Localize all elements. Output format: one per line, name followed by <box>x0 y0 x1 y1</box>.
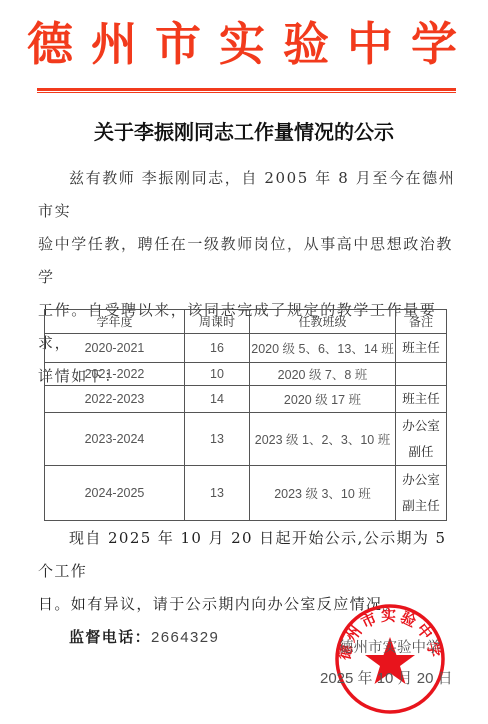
cell-note-line-2: 副任 <box>396 439 446 465</box>
official-seal: 德州市实验中学 <box>334 603 446 715</box>
cell-note: 班主任 <box>396 334 447 363</box>
body-line-1-text: 兹有教师 李振刚同志，自 2005 年 8 月至今在德州市实 <box>38 169 455 220</box>
table-row: 2023-2024 13 2023 级 1、2、3、10 班 办公室 副任 <box>45 413 447 466</box>
cell-classes: 2020 级 17 班 <box>250 386 396 413</box>
table-row: 2022-2023 14 2020 级 17 班 班主任 <box>45 386 447 413</box>
cell-note <box>396 363 447 386</box>
masthead-rule-thick <box>37 88 456 91</box>
cell-year: 2021-2022 <box>45 363 185 386</box>
header-year: 学年度 <box>45 310 185 334</box>
notice-line-1: 现自 2025 年 10 月 20 日起开始公示,公示期为 5 个工作 <box>38 522 458 588</box>
cell-classes: 2020 级 7、8 班 <box>250 363 396 386</box>
workload-table: 学年度 周课时 任教班级 备注 2020-2021 16 2020 级 5、6、… <box>44 309 447 521</box>
cell-hours: 16 <box>185 334 250 363</box>
header-classes: 任教班级 <box>250 310 396 334</box>
cell-year: 2024-2025 <box>45 466 185 521</box>
signature-org: 德州市实验中学 <box>339 636 441 657</box>
body-line-1: 兹有教师 李振刚同志，自 2005 年 8 月至今在德州市实 <box>38 162 458 228</box>
cell-classes: 2020 级 5、6、13、14 班 <box>250 334 396 363</box>
header-note: 备注 <box>396 310 447 334</box>
cell-classes: 2023 级 3、10 班 <box>250 466 396 521</box>
phone-number: 2664329 <box>151 629 219 646</box>
school-masthead: 德州市实验中学 <box>0 14 488 74</box>
table-row: 2024-2025 13 2023 级 3、10 班 办公室 副主任 <box>45 466 447 521</box>
document-title: 关于李振刚同志工作量情况的公示 <box>0 116 488 145</box>
cell-hours: 13 <box>185 466 250 521</box>
cell-note: 办公室 副任 <box>396 413 447 466</box>
cell-hours: 13 <box>185 413 250 466</box>
masthead-rule-thin <box>37 92 456 93</box>
cell-hours: 14 <box>185 386 250 413</box>
signature-date: 2025 年 10 月 20 日 <box>320 667 453 688</box>
phone-label: 监督电话： <box>69 628 151 646</box>
cell-note-line-1: 办公室 <box>396 467 446 493</box>
cell-note: 办公室 副主任 <box>396 466 447 521</box>
notice-line-1-text: 现自 2025 年 10 月 20 日起开始公示,公示期为 5 个工作 <box>38 529 446 580</box>
cell-year: 2023-2024 <box>45 413 185 466</box>
table-row: 2020-2021 16 2020 级 5、6、13、14 班 班主任 <box>45 334 447 363</box>
table-row: 2021-2022 10 2020 级 7、8 班 <box>45 363 447 386</box>
cell-year: 2022-2023 <box>45 386 185 413</box>
cell-hours: 10 <box>185 363 250 386</box>
table-header-row: 学年度 周课时 任教班级 备注 <box>45 310 447 334</box>
cell-classes: 2023 级 1、2、3、10 班 <box>250 413 396 466</box>
cell-year: 2020-2021 <box>45 334 185 363</box>
cell-note-line-2: 副主任 <box>396 493 446 519</box>
body-line-2: 验中学任教，聘任在一级教师岗位，从事高中思想政治教学 <box>38 228 458 294</box>
cell-note-line-1: 办公室 <box>396 413 446 439</box>
header-hours: 周课时 <box>185 310 250 334</box>
cell-note: 班主任 <box>396 386 447 413</box>
